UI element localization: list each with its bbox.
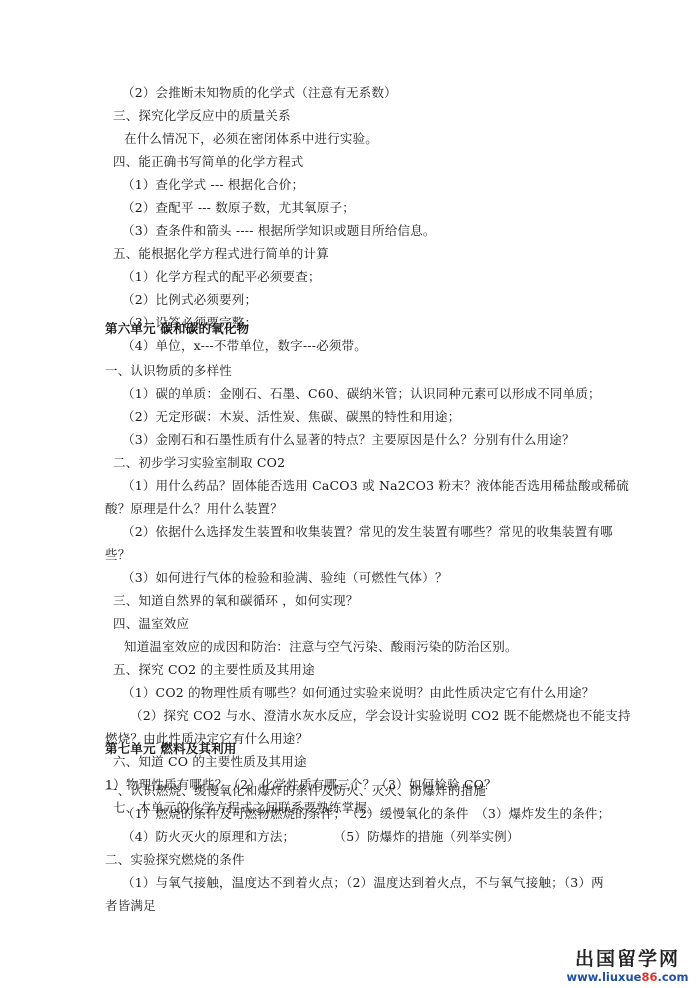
section-heading: 五、能根据化学方程式进行简单的计算 [113,245,329,263]
list-item-continuation: 者皆满足 [105,897,156,915]
list-item: （2）探究 CO2 与水、澄清水灰水反应，学会设计实验说明 CO2 既不能燃烧也… [130,707,631,725]
list-item: （1）查化学式 --- 根据化合价； [122,176,304,194]
list-item: （3）如何进行气体的检验和验满、验纯（可燃性气体）？ [122,569,448,587]
watermark-url-suffix: .com [657,970,688,984]
list-item: （1）化学方程式的配平必须要查； [122,268,321,286]
list-item: （1）碳的单质：金刚石、石墨、C60、碳纳米管；认识同种元素可以形成不同单质； [122,385,601,403]
list-item: （3）金刚石和石墨性质有什么显著的特点？主要原因是什么？分别有什么用途？ [122,431,575,449]
section-heading: 三、知道自然界的氧和碳循环 ，如何实现？ [113,592,358,610]
unit-heading: 第七单元 燃料及其利用 [105,740,237,758]
list-item: （1）与氧气接触，温度达不到着火点；（2）温度达到着火点，不与氧气接触；（3）两 [122,874,604,892]
list-item: （1）CO2 的物理性质有哪些？如何通过实验来说明？由此性质决定它有什么用途？ [122,684,595,702]
list-item: 在什么情况下，必须在密闭体系中进行实验。 [124,130,378,148]
list-item: （1）用什么药品？固体能否选用 CaCO3 或 Na2CO3 粉末？液体能否选用… [122,477,629,495]
list-item-continuation: 酸？原理是什么？用什么装置？ [105,500,283,518]
list-item: （2）查配平 --- 数原子数，尤其氧原子； [122,199,355,217]
section-heading: 一、认识物质的多样性 [105,362,232,380]
list-item: （2）比例式必须要列； [122,291,257,309]
list-item: （2）依据什么选择发生装置和收集装置？常见的发生装置有哪些？常见的收集装置有哪 [122,523,613,541]
unit-heading: 第六单元 碳和碳的氧化物 [105,320,249,338]
list-item: （2）会推断未知物质的化学式（注意有无系数） [122,84,397,102]
section-heading: 一、认识燃烧、缓慢氧化和爆炸的条件及防火、灭火、防爆炸的措施 [105,782,486,800]
watermark-url-number: 86 [641,970,657,984]
section-heading: 二、实验探究燃烧的条件 [105,851,245,869]
section-heading: 三、探究化学反应中的质量关系 [113,107,291,125]
watermark-title: 出国留学网 [565,948,690,970]
list-item: （4）防火灭火的原理和方法； （5）防爆炸的措施（列举实例） [122,828,520,846]
list-item: （2）无定形碳：木炭、活性炭、焦碳、碳黑的特性和用途； [122,408,460,426]
list-item: 知道温室效应的成因和防治：注意与空气污染、酸雨污染的防治区别。 [124,638,518,656]
watermark-url-prefix: www.liuxue [566,970,641,984]
watermark-url: www.liuxue86.com [565,970,690,984]
list-item-continuation: 些？ [105,546,130,564]
section-heading: 五、探究 CO2 的主要性质及其用途 [113,661,315,679]
section-heading: 四、能正确书写简单的化学方程式 [113,153,304,171]
list-item: （3）查条件和箭头 ---- 根据所学知识或题目所给信息。 [122,222,436,240]
list-item: （1）燃烧的条件及可燃物燃烧的条件； （2）缓慢氧化的条件 （3）爆炸发生的条件… [122,805,610,823]
site-watermark: 出国留学网 www.liuxue86.com [565,948,690,984]
section-heading: 四、温室效应 [113,615,189,633]
section-heading: 二、初步学习实验室制取 CO2 [113,454,285,472]
list-item: （4）单位，x---不带单位，数字---必须带。 [122,337,367,355]
